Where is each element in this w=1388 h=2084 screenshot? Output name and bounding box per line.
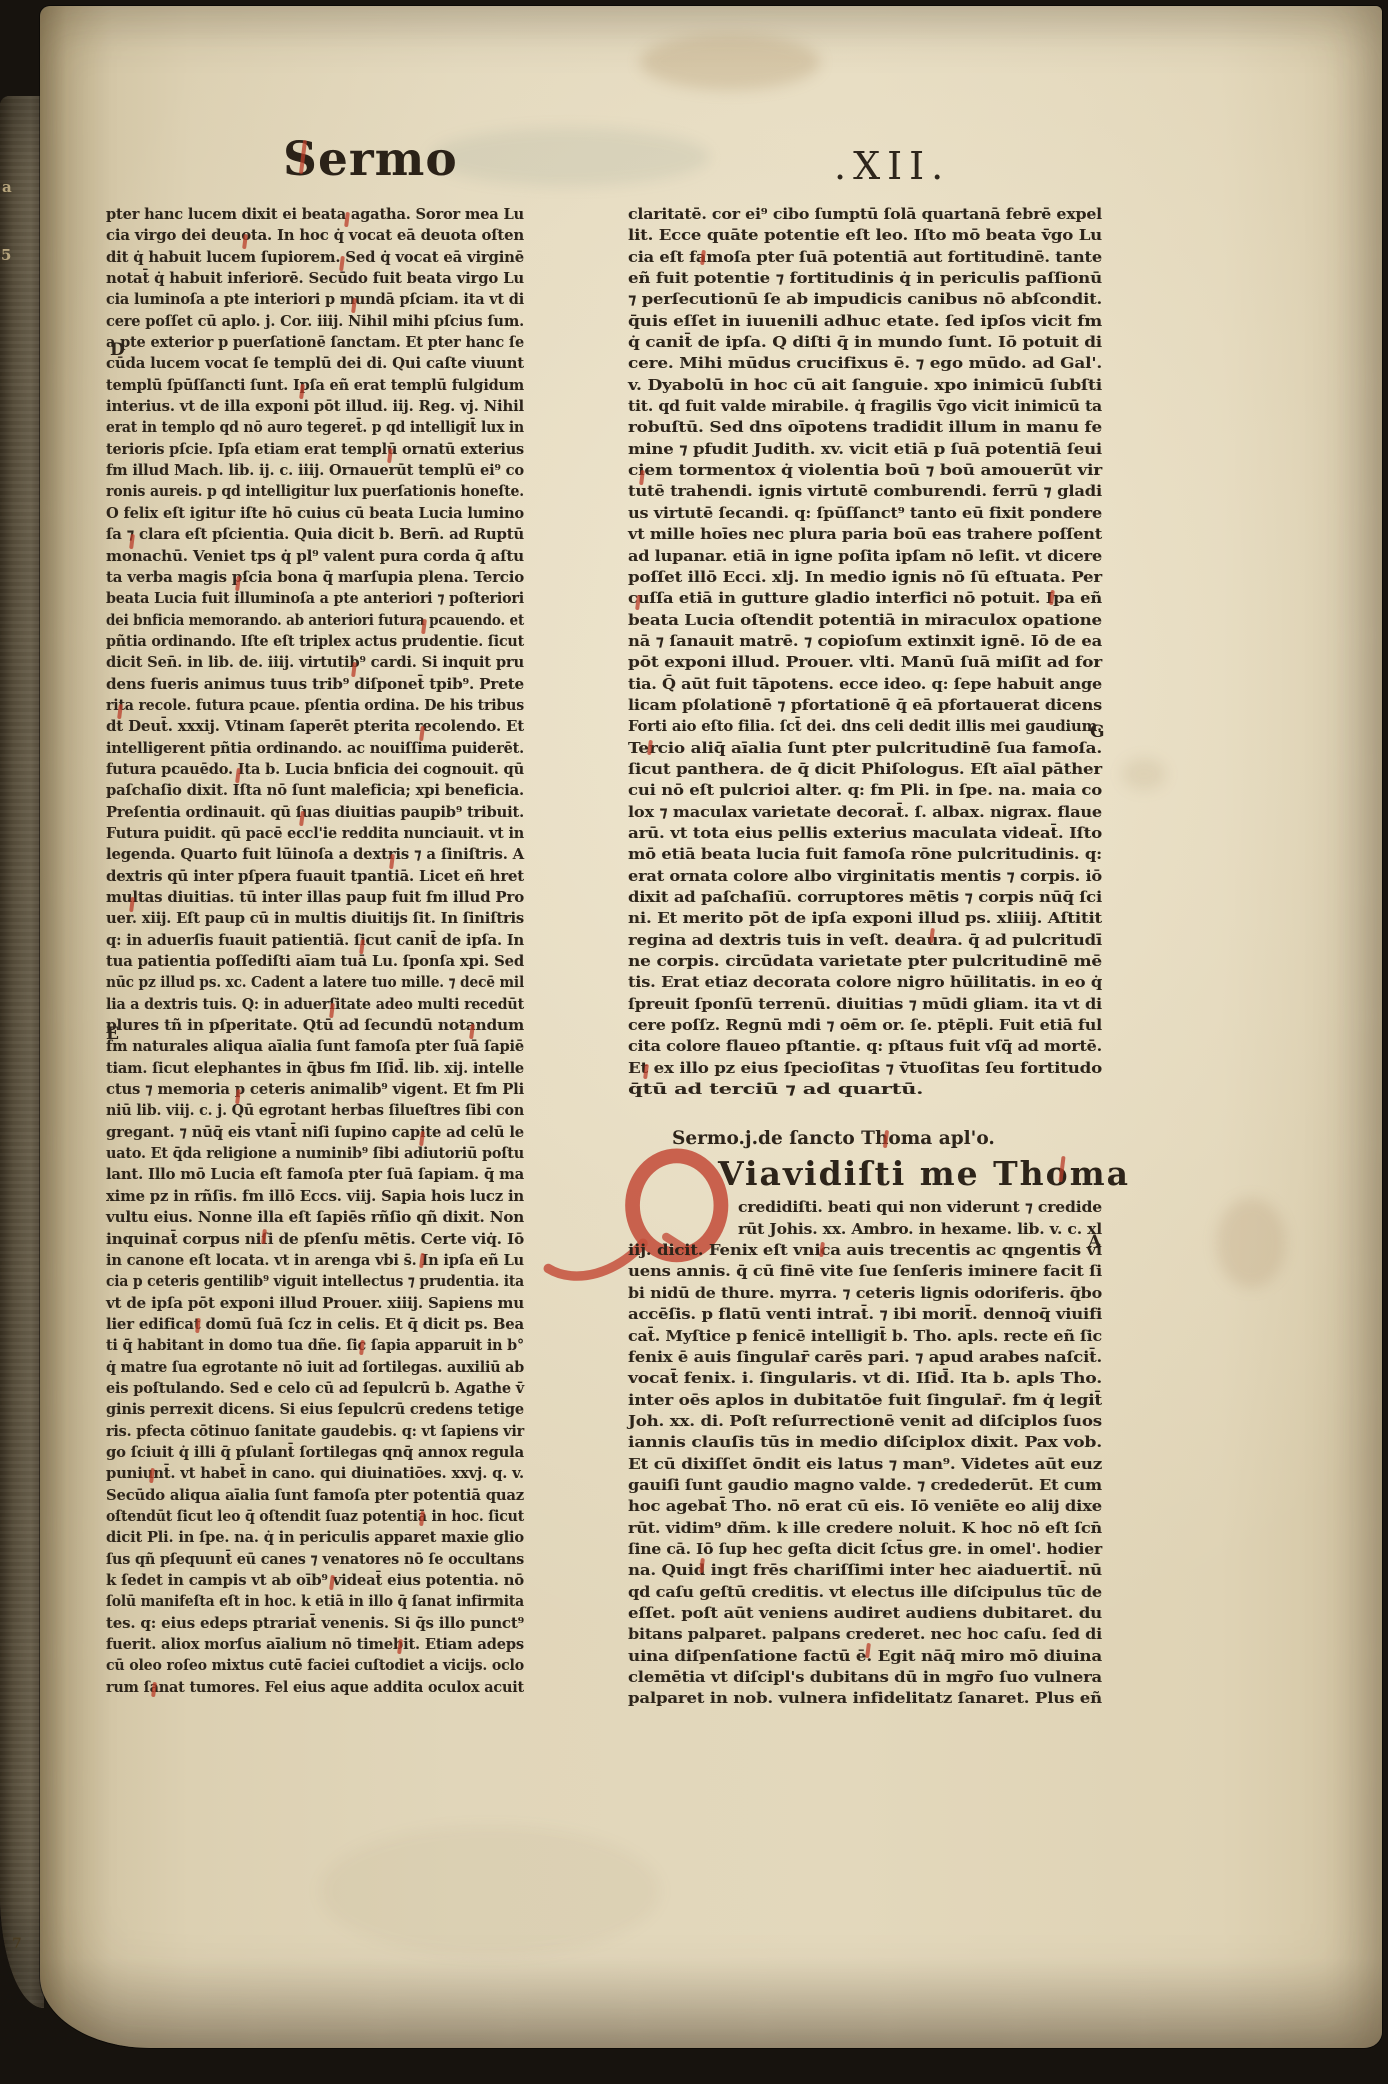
text-line: inquinat̄ corpus niſi de pſenſu mētis. C…	[106, 1229, 524, 1250]
text-line: erat ornata colore albo virginitatis men…	[628, 866, 1102, 887]
text-line: q̇ matre ſua egrotante nō iuit ad ſortil…	[106, 1357, 524, 1378]
text-line: uina diſpenſatione factū ē. Egit nāq̄ mi…	[628, 1646, 1102, 1667]
text-line: Forti aio eſto filia. ſct̄ dei. dns celi…	[628, 716, 1102, 737]
text-line: rūt. vidim⁹ dñm. k ille credere noluit. …	[628, 1518, 1102, 1539]
text-line: uens annis. q̄ cū finē vite ſue ſenſeris…	[628, 1261, 1102, 1282]
text-line: vocat̄ fenix. i. ſingularis. vt di. Iſid…	[628, 1368, 1102, 1389]
text-line: cere poſſz. Regnū mdi ⁊ oēm or. ſe. ptēp…	[628, 1015, 1102, 1036]
text-line: futura pcauēdo. Ita b. Lucia bnficia dei…	[106, 759, 524, 780]
text-line: Et cū dixiſſet ōndit eis latus ⁊ man⁹. V…	[628, 1454, 1102, 1475]
text-line: ne corpis. circūdata varietate pter pulc…	[628, 951, 1102, 972]
text-line: poſſet illō Ecci. xlj. In medio ignis nō…	[628, 567, 1102, 588]
text-line: lit. Ecce quāte potentie eſt leo. Iſto m…	[628, 225, 1102, 246]
text-line: cū oleo roſeo mixtus cutē faciei cuſtodi…	[106, 1655, 524, 1676]
parchment-page: Sermo .XII. pter hanc lucem dixit ei bea…	[40, 6, 1382, 2048]
text-line: Joh. xx. di. Poſt reſurrectionē venit ad…	[628, 1411, 1102, 1432]
text-line: eſſet. poſt aūt veniens audiret audiens …	[628, 1603, 1102, 1624]
running-title: Sermo	[283, 132, 458, 184]
text-line: bitans palparet. palpans crederet. nec h…	[628, 1624, 1102, 1645]
text-line: beata Lucia oſtendit potentiā in miracul…	[628, 610, 1102, 631]
text-line: vultu eius. Nonne illa eſt ſapiēs rñſio …	[106, 1207, 524, 1228]
text-line: arū. vt tota eius pellis exterius macula…	[628, 823, 1102, 844]
text-line: fuerit. aliox morſus aīalium nō timebit.…	[106, 1634, 524, 1655]
text-line: terioris pſcie. Ipſa etiam erat templū o…	[106, 439, 524, 460]
text-line: hoc agebat̄ Tho. nō erat cū eis. Iō veni…	[628, 1496, 1102, 1517]
text-line: ciem tormentox q̇ violentia boū ⁊ boū am…	[628, 460, 1102, 481]
text-line: q̇ canit̄ de ipſa. Q diſti q̄ in mundo ſ…	[628, 332, 1102, 353]
text-line: pñtia ordinando. Iſte eſt triplex actus …	[106, 631, 524, 652]
text-line: gauiſi ſunt gaudio magno valde. ⁊ creded…	[628, 1475, 1102, 1496]
text-line: lox ⁊ maculax varietate decorat̄. ſ. alb…	[628, 802, 1102, 823]
incipit-large-text: Viavidiſti me Thoma	[718, 1153, 1102, 1195]
text-line: cuſſa etiā in gutture gladio interfici n…	[628, 588, 1102, 609]
text-line: rum ſanat tumores. Fel eius aque addita …	[106, 1677, 524, 1698]
text-line: tia. Q̄ aūt fuit tāpotens. ecce ideo. q:…	[628, 674, 1102, 695]
text-line: inter oēs aplos in dubitatōe fuit ſingul…	[628, 1390, 1102, 1411]
right-column-block-a: claritatē. cor ei⁹ cibo ſumptū ſolā quar…	[628, 204, 1102, 1100]
text-line: iij. dicit. Fenix eſt vnica auis trecent…	[628, 1240, 1102, 1261]
text-line: claritatē. cor ei⁹ cibo ſumptū ſolā quar…	[628, 204, 1102, 225]
text-line: cūda lucem vocat ſe templū dei di. Qui c…	[106, 353, 524, 374]
text-line: eñ fuit potentie ⁊ fortitudinis q̇ in pe…	[628, 268, 1102, 289]
text-line: ti q̄ habitant in domo tua dñe. ſic ſapi…	[106, 1335, 524, 1356]
text-line: bi nidū de thure. myrra. ⁊ ceteris ligni…	[628, 1283, 1102, 1304]
text-line: ni. Et merito pōt de ipſa exponi illud p…	[628, 908, 1102, 929]
text-line: mō etiā beata lucia fuit famoſa rōne pul…	[628, 844, 1102, 865]
text-line: na. Quid ingt frēs chariſſimi inter hec …	[628, 1560, 1102, 1581]
text-line: dicit Pli. in ſpe. na. q̇ in periculis a…	[106, 1527, 524, 1548]
text-line: ctus ⁊ memoria p ceteris animalib⁹ vigen…	[106, 1079, 524, 1100]
text-line: ſolū manifeſta eſt in hoc. k etiā in ill…	[106, 1591, 524, 1612]
text-line: cita colore flaueo pſtantie. q: pſtaus f…	[628, 1036, 1102, 1057]
text-line: ſpreuit ſponſū terrenū. diuitias ⁊ mūdi …	[628, 994, 1102, 1015]
text-line: beata Lucia fuit illuminoſa a pte anteri…	[106, 588, 524, 609]
text-line: lia a dextris tuis. Q: in aduerſitate ad…	[106, 994, 524, 1015]
text-line: dicit Sen̄. in lib. de. iiij. virtutib⁹ …	[106, 652, 524, 673]
text-line: puniunt̄. vt habet̄ in cano. qui diuinat…	[106, 1463, 524, 1484]
text-line: xime pz in rñſis. fm illō Eccs. viij. Sa…	[106, 1186, 524, 1207]
text-line: fenix ē auis ſingular̄ carēs pari. ⁊ apu…	[628, 1347, 1102, 1368]
text-line: intelligerent pñtia ordinando. ac nouiſſ…	[106, 738, 524, 759]
text-line: cia virgo dei deuota. In hoc q̇ vocat eā…	[106, 225, 524, 246]
text-line: fm illud Mach. lib. ij. c. iiij. Ornauer…	[106, 460, 524, 481]
folio-number: .XII.	[834, 144, 950, 190]
text-line: q̄tū ad terciū ⁊ ad quartū.	[628, 1079, 1102, 1100]
text-line: vt mille hoīes nec plura paria boū eas t…	[628, 524, 1102, 545]
text-line: licam pſolationē ⁊ pfortationē q̄ eā pfo…	[628, 695, 1102, 716]
text-line: mine ⁊ pfudit Judith. xv. vicit etiā p ſ…	[628, 439, 1102, 460]
scanned-book-photo: { "page": { "running_title": "Sermo", "f…	[0, 0, 1388, 2084]
text-line: cere. Mihi mūdus crucifixus ē. ⁊ ego mūd…	[628, 353, 1102, 374]
text-line: cere poſſet cū aplo. j. Cor. iiij. Nihil…	[106, 311, 524, 332]
text-line: ronis aureis. p qd intelligitur lux puer…	[106, 481, 524, 502]
text-line: Futura puidit. qū pacē eccl'ie reddita n…	[106, 823, 524, 844]
text-line: tis. Erat etiaz decorata colore nigro hū…	[628, 972, 1102, 993]
text-line: in canone eſt locata. vt in arenga vbi s…	[106, 1250, 524, 1271]
incipit-row: Viavidiſti me Thoma	[628, 1153, 1102, 1197]
text-line: regina ad dextris tuis in veſt. deaura. …	[628, 930, 1102, 951]
text-line: Preſentia ordinauit. qū ſuas diuitias pa…	[106, 802, 524, 823]
text-line: pter hanc lucem dixit ei beata agatha. S…	[106, 204, 524, 225]
book-fore-edge-pages	[0, 96, 44, 2008]
text-line: cat̄. Myſtice p fenicē intelligit̄ b. Th…	[628, 1326, 1102, 1347]
text-line: O felix eſt igitur iſte hō cuius cū beat…	[106, 503, 524, 524]
text-line: ta verba magis pſcia bona q̄ marſupia pl…	[106, 567, 524, 588]
text-column-right: claritatē. cor ei⁹ cibo ſumptū ſolā quar…	[628, 204, 1102, 1710]
text-line: lant. Illo mō Lucia eſt famoſa pter ſuā …	[106, 1164, 524, 1185]
text-line: robuſtū. Sed dns oīpotens tradidit illum…	[628, 417, 1102, 438]
right-column-indented-lines: credidiſti. beati qui non viderunt ⁊ cre…	[738, 1197, 1102, 1240]
text-line: clemētia vt diſcipl's dubitans dū in mgr…	[628, 1667, 1102, 1688]
text-line: iannis clauſis tūs in medio diſciplox di…	[628, 1432, 1102, 1453]
right-column-block-b: iij. dicit. Fenix eſt vnica auis trecent…	[628, 1240, 1102, 1710]
text-line: multas diuitias. tū inter illas paup fui…	[106, 887, 524, 908]
text-line: interius. vt de illa exponi pōt illud. i…	[106, 396, 524, 417]
text-line: k ſedet in campis vt ab oīb⁹ videat̄ eiu…	[106, 1570, 524, 1591]
text-line: tit. qd fuit valde mirabile. q̇ fragilis…	[628, 396, 1102, 417]
text-line: ſicut panthera. de q̄ dicit Phiſologus. …	[628, 759, 1102, 780]
text-line: q̄uis eſſet in iuuenili adhuc etate. ſed…	[628, 311, 1102, 332]
text-line: legenda. Quarto fuit lūinoſa a dextris ⁊…	[106, 844, 524, 865]
stain	[320, 1826, 660, 1956]
text-line: cia luminoſa a pte interiori p mundā pſc…	[106, 289, 524, 310]
text-line: Secūdo aliqua aīalia ſunt famoſa pter po…	[106, 1485, 524, 1506]
text-line: palparet in nob. vulnera infidelitatz ſa…	[628, 1688, 1102, 1709]
text-line: niū lib. viij. c. j. Qū egrotant herbas …	[106, 1100, 524, 1121]
text-line: tes. q: eius edeps ptrariat̄ venenis. Si…	[106, 1613, 524, 1634]
text-line: pōt exponi illud. Prouer. vlti. Manū ſuā…	[628, 652, 1102, 673]
text-line: oſtendūt ſicut leo q̄ oſtendit ſuaz pote…	[106, 1506, 524, 1527]
text-column-left: pter hanc lucem dixit ei beata agatha. S…	[106, 204, 524, 1698]
text-line: go ſciuit q̇ illi q̄ pſulant̄ ſortilegas…	[106, 1442, 524, 1463]
text-line: plures tñ in pſperitate. Qtū ad ſecundū …	[106, 1015, 524, 1036]
text-line: ſine cā. Iō ſup hec geſta dicit ſct̄us g…	[628, 1539, 1102, 1560]
text-line: a pte exterior p puerſationē ſanctam. Et…	[106, 332, 524, 353]
text-line: ſus qñ pſequunt̄ eū canes ⁊ venatores nō…	[106, 1549, 524, 1570]
text-line: v. Dyabolū in hoc cū ait ſanguie. xpo in…	[628, 375, 1102, 396]
text-line: ⁊ perſecutionū ſe ab impudicis canibus n…	[628, 289, 1102, 310]
stain	[1122, 758, 1166, 790]
text-line: vt de ipſa pōt exponi illud Prouer. xiii…	[106, 1293, 524, 1314]
text-line: ginis perrexit dicens. Si eius ſepulcrū …	[106, 1399, 524, 1420]
text-line: dei bnficia memorando. ab anteriori futu…	[106, 610, 524, 631]
text-line: us virtutē ſecandi. q: ſpūſſanct⁹ tanto …	[628, 503, 1102, 524]
text-line: cia p ceteris gentilib⁹ viguit intellect…	[106, 1271, 524, 1292]
stain	[1216, 1198, 1286, 1288]
stain	[640, 34, 820, 90]
text-line: nūc pz illud ps. xc. Cadent a latere tuo…	[106, 972, 524, 993]
text-line: uer. xiij. Eſt paup cū in multis diuitij…	[106, 908, 524, 929]
text-line: accēſis. p flatū venti intrat̄. ⁊ ibi mo…	[628, 1304, 1102, 1325]
text-line: dixit ad paſchaſiū. corruptores mētis ⁊ …	[628, 887, 1102, 908]
text-line: cia eſt famoſa pter ſuā potentiā aut for…	[628, 247, 1102, 268]
left-column-lines: pter hanc lucem dixit ei beata agatha. S…	[106, 204, 524, 1698]
text-line: q: in aduerſis fuauit patientiā. ſicut c…	[106, 930, 524, 951]
text-line: ſa ⁊ clara eſt pſcientia. Quia dicit b. …	[106, 524, 524, 545]
text-line: Et ex illo pz eius ſpecioſitas ⁊ v̄tuoſi…	[628, 1058, 1102, 1079]
text-line: fm naturales aliqua aīalia ſunt famoſa p…	[106, 1036, 524, 1057]
text-line: Tercio aliq̄ aīalia ſunt pter pulcritudi…	[628, 738, 1102, 759]
text-line: lier edificat domū ſuā ſcz in celis. Et …	[106, 1314, 524, 1335]
text-line: dens fueris animus tuus trib⁹ diſponet̄ …	[106, 674, 524, 695]
text-line: tiam. ſicut elephantes in q̄bus fm Iſid̄…	[106, 1058, 524, 1079]
text-line: templū ſpūſſancti ſunt. Ipſa eñ erat tem…	[106, 375, 524, 396]
text-line: notat̄ q̇ habuit inferiorē. Secūdo fuit …	[106, 268, 524, 289]
text-line: erat in templo qd nō auro tegeret̄. p qd…	[106, 417, 524, 438]
text-line: gregant. ⁊ nūq̄ eis vtant̄ niſi ſupino c…	[106, 1122, 524, 1143]
text-line: dit q̇ habuit lucem ſupiorem. Sed q̇ voc…	[106, 247, 524, 268]
text-line: ris. pfecta cōtinuo ſanitate gaudebis. q…	[106, 1421, 524, 1442]
text-line: rūt Johis. xx. Ambro. in hexame. lib. v.…	[738, 1219, 1102, 1240]
text-line: credidiſti. beati qui non viderunt ⁊ cre…	[738, 1197, 1102, 1218]
text-line: tutē trahendi. ignis virtutē comburendi.…	[628, 481, 1102, 502]
text-line: cui nō eſt pulcrioi alter. q: fm Pli. in…	[628, 780, 1102, 801]
text-line: ad lupanar. etiā in igne poſita ipſam nō…	[628, 546, 1102, 567]
text-line: dt Deut̄. xxxij. Vtinam ſaperēt pterita …	[106, 716, 524, 737]
text-line: monachū. Veniet tps q̇ pl⁹ valent pura c…	[106, 546, 524, 567]
stain	[430, 128, 710, 186]
text-line: rita recole. futura pcaue. pſentia ordin…	[106, 695, 524, 716]
text-line: dextris qū inter pſpera fuauit tpantiā. …	[106, 866, 524, 887]
text-line: eis poſtulando. Sed e celo cū ad ſepulcr…	[106, 1378, 524, 1399]
text-line: qd caſu geſtū creditis. vt electus ille …	[628, 1582, 1102, 1603]
text-line: uato. Et q̄da religione a numinib⁹ ſibi …	[106, 1143, 524, 1164]
text-line: tua patientia poſſediſti aīam tuā Lu. ſp…	[106, 951, 524, 972]
text-line: paſchaſio dixit. Iſta nō ſunt maleficia;…	[106, 780, 524, 801]
text-line: nā ⁊ ſanauit matrē. ⁊ copioſum extinxit …	[628, 631, 1102, 652]
